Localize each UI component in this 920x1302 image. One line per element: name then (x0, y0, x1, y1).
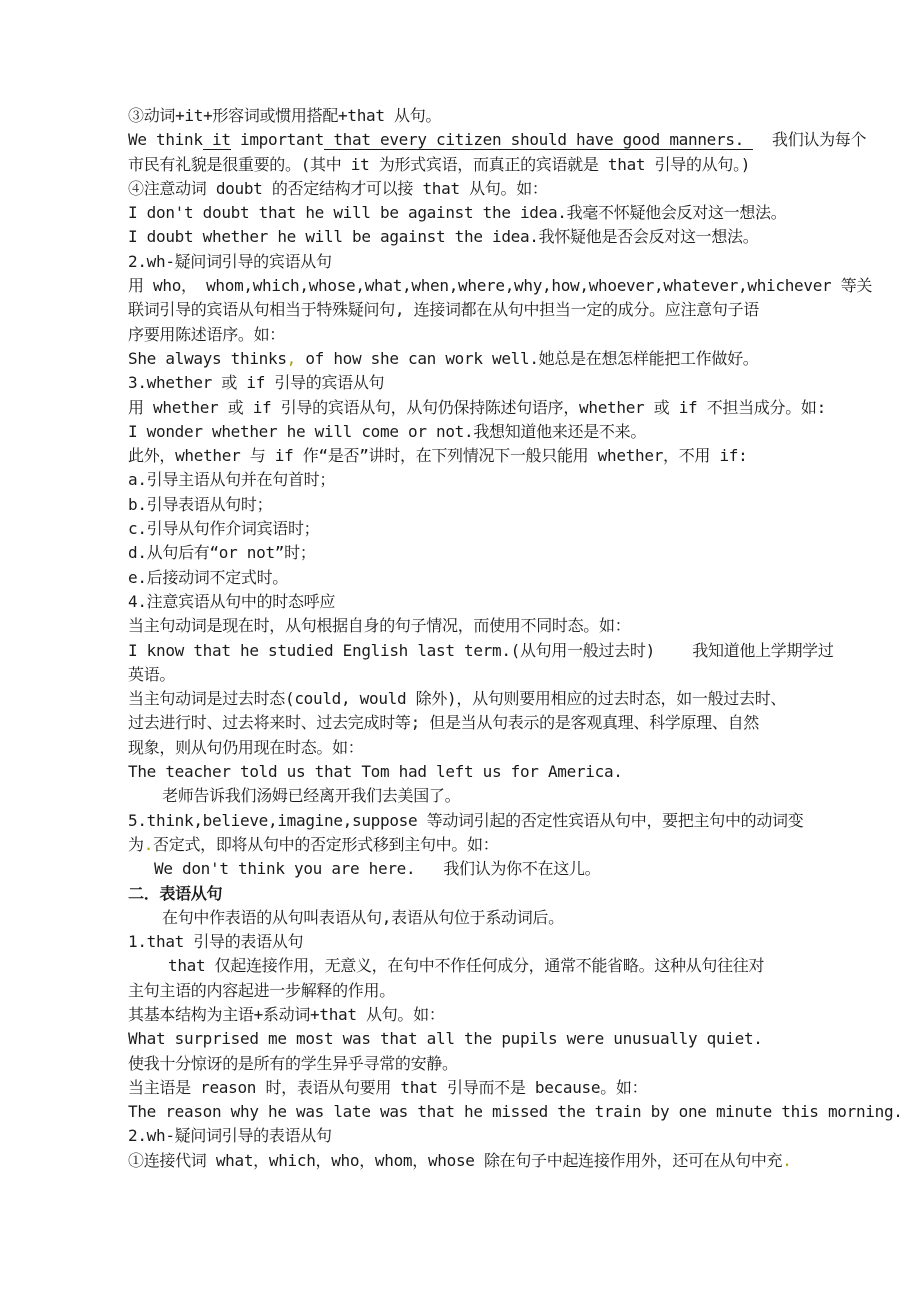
text-line: 2.wh-疑问词引导的宾语从句 (128, 250, 920, 274)
text-segment: We think (128, 130, 203, 149)
text-line: ①连接代词 what，which，who，whom，whose 除在句子中起连接… (128, 1149, 920, 1173)
text-segment: 2.wh-疑问词引导的宾语从句 (128, 252, 332, 271)
text-line: I don't doubt that he will be against th… (128, 201, 920, 225)
text-line: a.引导主语从句并在句首时； (128, 468, 920, 492)
text-line: d.从句后有“or not”时； (128, 541, 920, 565)
document-body: ③动词+it+形容词或惯用搭配+that 从句。We think it impo… (128, 104, 920, 1173)
text-segment: I wonder whether he will come or not.我想知… (128, 422, 646, 441)
text-segment: ③动词+it+形容词或惯用搭配+that 从句。 (128, 106, 441, 125)
text-segment: that 仅起连接作用，无意义，在句中不作任何成分，通常不能省略。这种从句往往对 (168, 956, 764, 975)
document-page: ③动词+it+形容词或惯用搭配+that 从句。We think it impo… (0, 0, 920, 1302)
text-segment: 市民有礼貌是很重要的。(其中 it 为形式宾语，而真正的宾语就是 that 引导… (128, 155, 750, 174)
text-segment: 过去进行时、过去将来时、过去完成时等; 但是当从句表示的是客观真理、科学原理、自… (128, 713, 759, 732)
text-line: 1.that 引导的表语从句 (128, 930, 920, 954)
text-segment: 现象，则从句仍用现在时态。如： (128, 738, 364, 757)
olive-artifact-mark: , (287, 349, 296, 368)
text-line: The teacher told us that Tom had left us… (128, 760, 920, 784)
text-segment: 我们认为每个 (753, 130, 866, 149)
text-line: I wonder whether he will come or not.我想知… (128, 420, 920, 444)
text-line: 此外，whether 与 if 作“是否”讲时，在下列情况下一般只能用 whet… (128, 444, 920, 468)
underlined-text: it (203, 130, 231, 150)
text-segment: 用 who， whom,which,whose,what,when,where,… (128, 276, 872, 295)
text-segment: ①连接代词 what，which，who，whom，whose 除在句子中起连接… (128, 1151, 782, 1170)
text-line: 使我十分惊讶的是所有的学生异乎寻常的安静。 (128, 1052, 920, 1076)
text-line: What surprised me most was that all the … (128, 1027, 920, 1051)
text-line: b.引导表语从句时； (128, 493, 920, 517)
text-segment: We don't think you are here. 我们认为你不在这儿。 (154, 859, 600, 878)
text-line: 当主句动词是过去时态(could, would 除外)，从句则要用相应的过去时态… (128, 687, 920, 711)
text-segment: 否定式，即将从句中的否定形式移到主句中。如： (153, 835, 498, 854)
text-segment: of how she can work well.她总是在想怎样能把工作做好。 (296, 349, 758, 368)
text-segment: 3.whether 或 if 引导的宾语从句 (128, 373, 384, 392)
text-segment: 其基本结构为主语+系动词+that 从句。如： (128, 1005, 445, 1024)
text-segment: She always thinks (128, 349, 287, 368)
text-segment: 2.wh-疑问词引导的表语从句 (128, 1126, 332, 1145)
section-heading: 二．表语从句 (128, 882, 920, 906)
text-segment: The reason why he was late was that he m… (128, 1102, 903, 1121)
text-line: 当主句动词是现在时，从句根据自身的句子情况，而使用不同时态。如： (128, 614, 920, 638)
text-segment: 当主句动词是现在时，从句根据自身的句子情况，而使用不同时态。如： (128, 616, 630, 635)
text-segment: a.引导主语从句并在句首时； (128, 470, 335, 489)
text-segment: c.引导从句作介词宾语时； (128, 519, 319, 538)
text-segment: 用 whether 或 if 引导的宾语从句，从句仍保持陈述句语序，whethe… (128, 398, 826, 417)
text-line: 为.否定式，即将从句中的否定形式移到主句中。如： (128, 833, 920, 857)
text-line: 3.whether 或 if 引导的宾语从句 (128, 371, 920, 395)
text-segment: What surprised me most was that all the … (128, 1029, 763, 1048)
text-line: 过去进行时、过去将来时、过去完成时等; 但是当从句表示的是客观真理、科学原理、自… (128, 711, 920, 735)
underlined-text: that every citizen should have good mann… (324, 130, 753, 150)
text-segment: 为 (128, 835, 144, 854)
text-segment: 在句中作表语的从句叫表语从句,表语从句位于系动词后。 (162, 908, 564, 927)
text-segment: 主句主语的内容起进一步解释的作用。 (128, 981, 395, 1000)
text-line: 4.注意宾语从句中的时态呼应 (128, 590, 920, 614)
text-line: 2.wh-疑问词引导的表语从句 (128, 1124, 920, 1148)
text-segment: 当主句动词是过去时态(could, would 除外)，从句则要用相应的过去时态… (128, 689, 786, 708)
text-line: She always thinks, of how she can work w… (128, 347, 920, 371)
text-segment: The teacher told us that Tom had left us… (128, 762, 623, 781)
text-segment: 二．表语从句 (128, 884, 222, 903)
text-segment: I know that he studied English last term… (128, 641, 834, 660)
text-line: 在句中作表语的从句叫表语从句,表语从句位于系动词后。 (128, 906, 920, 930)
text-line: The reason why he was late was that he m… (128, 1100, 920, 1124)
text-segment: b.引导表语从句时； (128, 495, 272, 514)
text-line: I know that he studied English last term… (128, 639, 920, 663)
text-line: I doubt whether he will be against the i… (128, 225, 920, 249)
text-line: ③动词+it+形容词或惯用搭配+that 从句。 (128, 104, 920, 128)
text-segment: 当主语是 reason 时，表语从句要用 that 引导而不是 because。… (128, 1078, 647, 1097)
olive-artifact-mark: . (782, 1151, 791, 1170)
text-segment: 序要用陈述语序。如： (128, 325, 285, 344)
text-line: 市民有礼貌是很重要的。(其中 it 为形式宾语，而真正的宾语就是 that 引导… (128, 153, 920, 177)
text-segment: 1.that 引导的表语从句 (128, 932, 303, 951)
text-segment: 4.注意宾语从句中的时态呼应 (128, 592, 335, 611)
text-line: 当主语是 reason 时，表语从句要用 that 引导而不是 because。… (128, 1076, 920, 1100)
text-line: 现象，则从句仍用现在时态。如： (128, 736, 920, 760)
text-segment: I doubt whether he will be against the i… (128, 227, 758, 246)
text-line: 5.think,believe,imagine,suppose 等动词引起的否定… (128, 809, 920, 833)
text-line: 老师告诉我们汤姆已经离开我们去美国了。 (128, 784, 920, 808)
text-line: 联词引导的宾语从句相当于特殊疑问句, 连接词都在从句中担当一定的成分。应注意句子… (128, 298, 920, 322)
text-line: 用 who， whom,which,whose,what,when,where,… (128, 274, 920, 298)
text-line: that 仅起连接作用，无意义，在句中不作任何成分，通常不能省略。这种从句往往对 (128, 954, 920, 978)
text-line: 主句主语的内容起进一步解释的作用。 (128, 979, 920, 1003)
text-segment: ④注意动词 doubt 的否定结构才可以接 that 从句。如： (128, 179, 548, 198)
text-line: We think it important that every citizen… (128, 128, 920, 152)
olive-artifact-mark: . (144, 835, 153, 854)
text-segment: d.从句后有“or not”时； (128, 543, 316, 562)
text-line: ④注意动词 doubt 的否定结构才可以接 that 从句。如： (128, 177, 920, 201)
text-line: 英语。 (128, 663, 920, 687)
text-line: We don't think you are here. 我们认为你不在这儿。 (128, 857, 920, 881)
text-segment: 联词引导的宾语从句相当于特殊疑问句, 连接词都在从句中担当一定的成分。应注意句子… (128, 300, 759, 319)
text-segment: e.后接动词不定式时。 (128, 568, 288, 587)
text-segment: 使我十分惊讶的是所有的学生异乎寻常的安静。 (128, 1054, 458, 1073)
text-segment: I don't doubt that he will be against th… (128, 203, 786, 222)
text-line: c.引导从句作介词宾语时； (128, 517, 920, 541)
text-segment: important (231, 130, 324, 149)
text-line: 用 whether 或 if 引导的宾语从句，从句仍保持陈述句语序，whethe… (128, 396, 920, 420)
text-segment: 此外，whether 与 if 作“是否”讲时，在下列情况下一般只能用 whet… (128, 446, 747, 465)
text-line: e.后接动词不定式时。 (128, 566, 920, 590)
text-segment: 5.think,believe,imagine,suppose 等动词引起的否定… (128, 811, 803, 830)
text-segment: 老师告诉我们汤姆已经离开我们去美国了。 (162, 786, 460, 805)
text-line: 序要用陈述语序。如： (128, 323, 920, 347)
text-segment: 英语。 (128, 665, 175, 684)
text-line: 其基本结构为主语+系动词+that 从句。如： (128, 1003, 920, 1027)
